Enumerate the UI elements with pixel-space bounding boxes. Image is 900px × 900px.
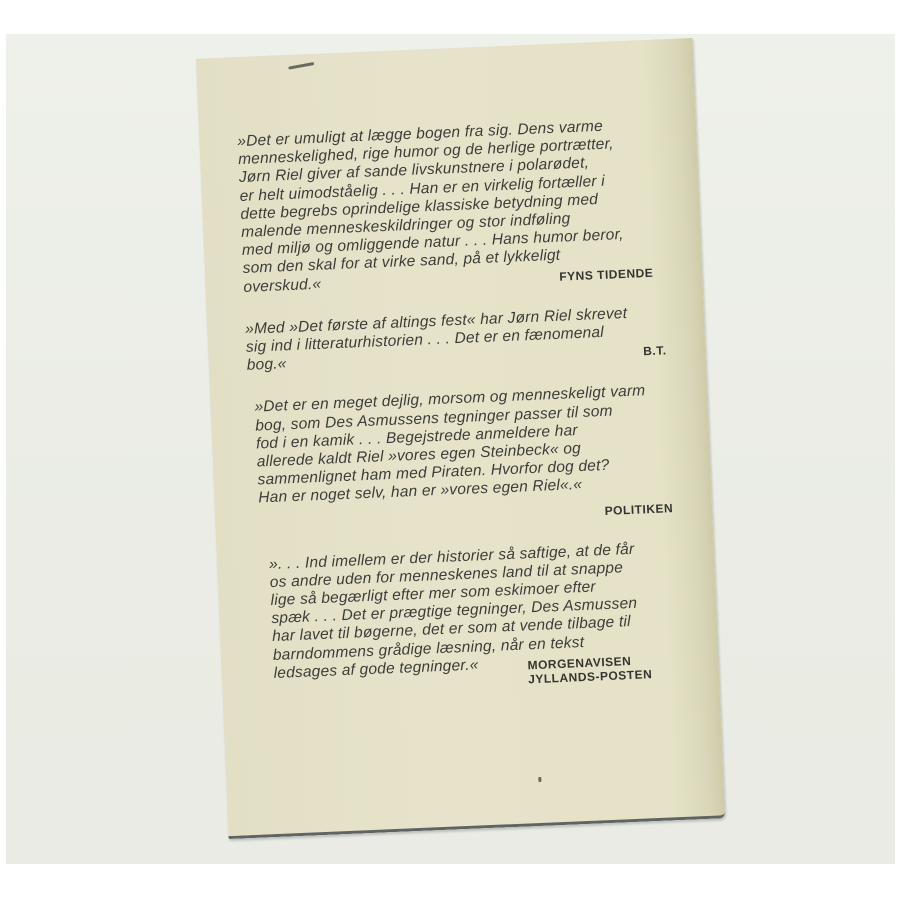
cover-speck [538, 777, 541, 782]
cover-tear-mark [288, 62, 314, 70]
review-bt: »Med »Det første af altings fest« har Jø… [245, 303, 667, 375]
review-fyns-tidende: »Det er umuligt at lægge bogen fra sig. … [237, 116, 663, 297]
review-jyllands-posten: ». . . Ind imellem er der historier så s… [255, 539, 681, 698]
review-quote: »Det er en meget dejlig, morsom og menne… [248, 382, 672, 509]
book-back-cover: »Det er umuligt at lægge bogen fra sig. … [196, 38, 725, 839]
review-politiken: »Det er en meget dejlig, morsom og menne… [248, 382, 673, 533]
reviews-block: »Det er umuligt at lægge bogen fra sig. … [237, 116, 681, 722]
